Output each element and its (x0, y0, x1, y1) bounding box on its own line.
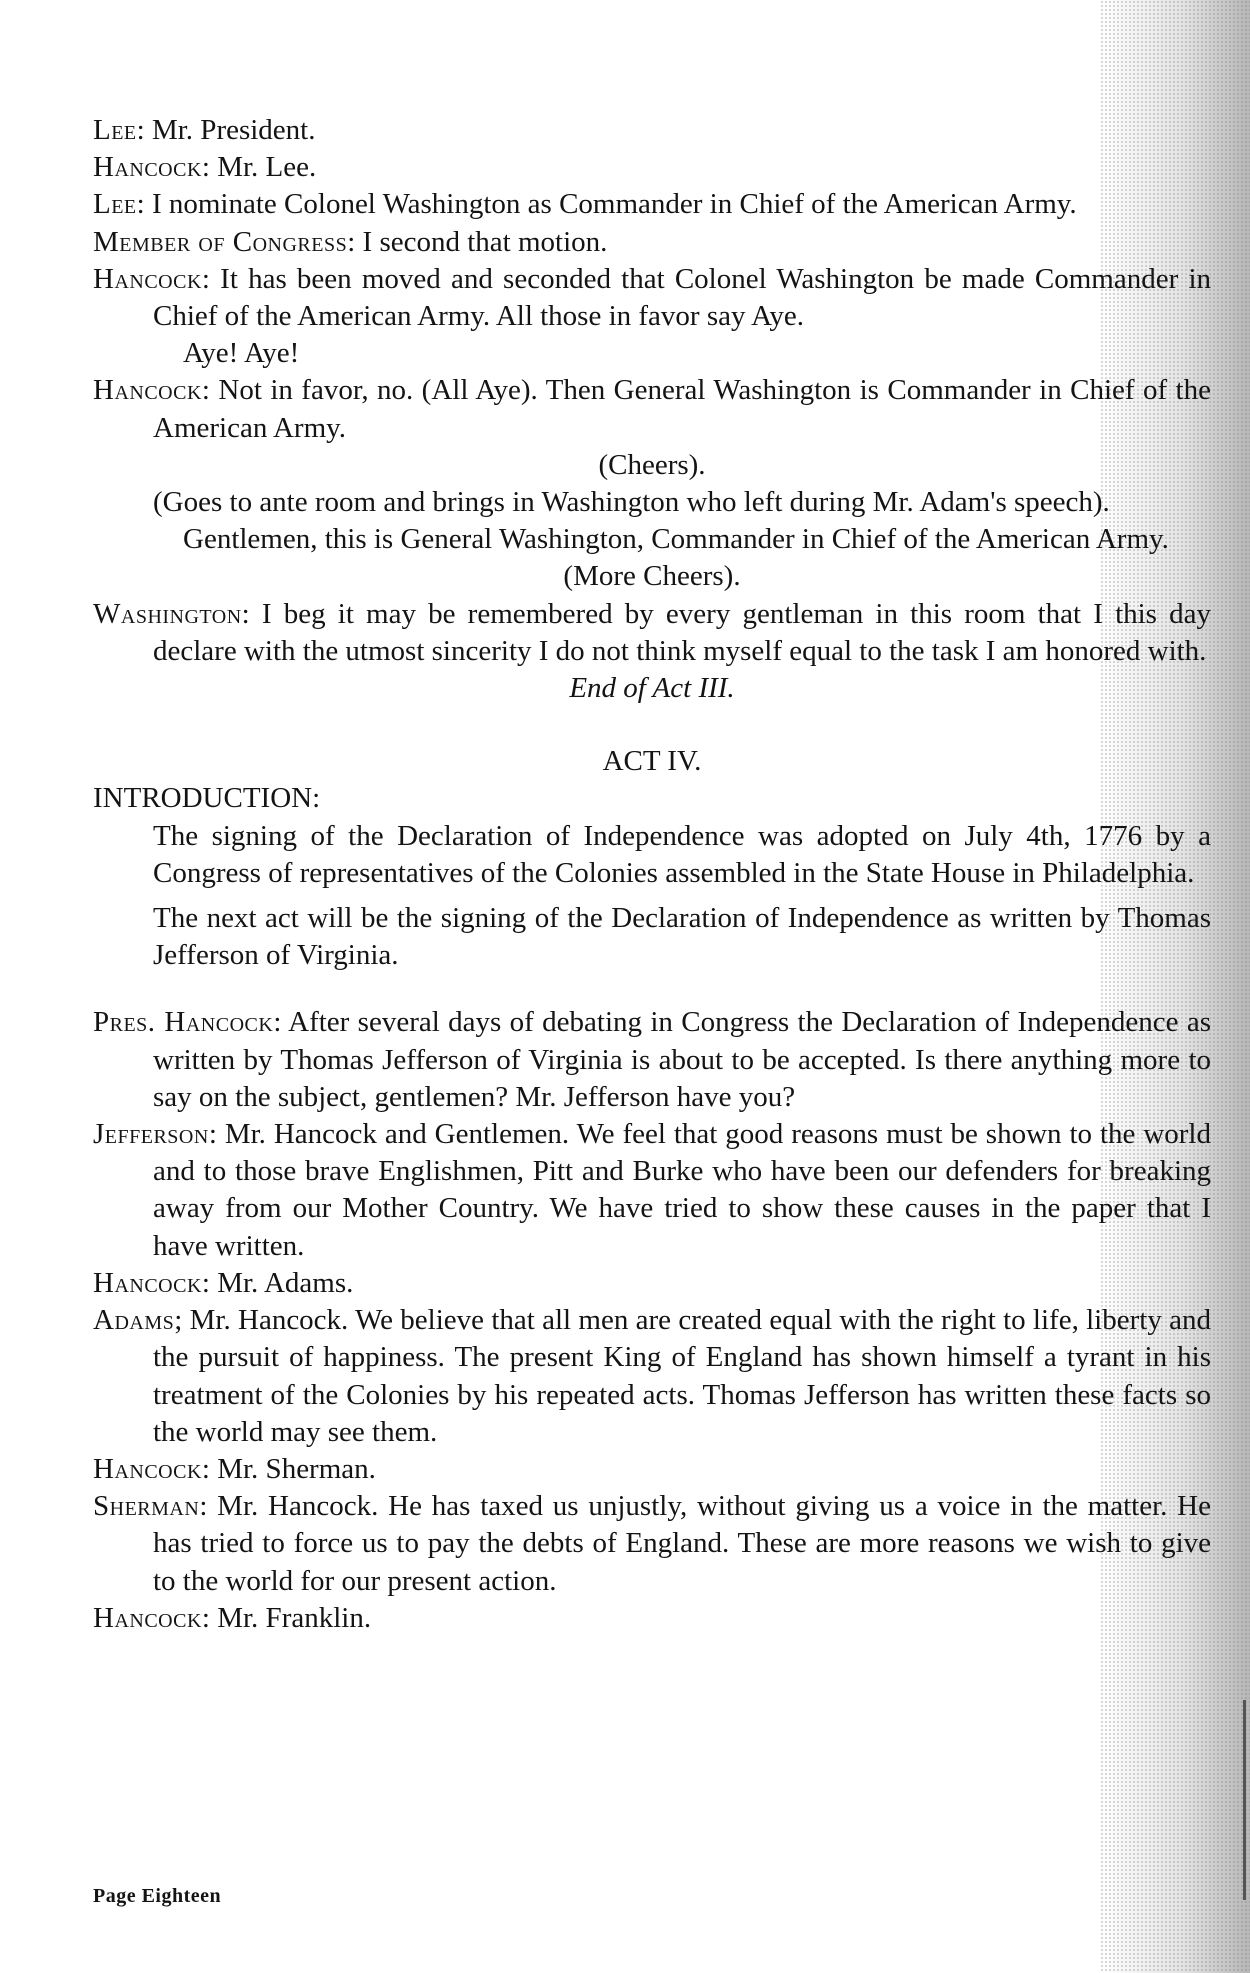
act-heading: ACT IV. (93, 743, 1211, 780)
dialogue-text: Not in favor, no. (All Aye). Then Genera… (153, 374, 1211, 443)
dialogue-text: Mr. President. (152, 114, 316, 146)
dialogue-line: Lee: Mr. President. (93, 112, 1211, 149)
dialogue-text: I second that motion. (363, 226, 608, 258)
speaker-name: Lee (93, 188, 137, 220)
dialogue-text: Mr. Lee. (217, 151, 316, 183)
dialogue-text: After several days of debating in Congre… (153, 1006, 1211, 1112)
dialogue-line: Hancock: Mr. Franklin. (93, 1600, 1211, 1637)
stage-cheers: (Cheers). (93, 447, 1211, 484)
intro-paragraph: The signing of the Declaration of Indepe… (93, 818, 1211, 892)
script-text: Lee: Mr. President. Hancock: Mr. Lee. Le… (93, 112, 1211, 1637)
dialogue-line: Pres. Hancock: After several days of deb… (93, 1004, 1211, 1116)
dialogue-text: Mr. Adams. (217, 1267, 353, 1299)
stage-more-cheers: (More Cheers). (93, 558, 1211, 595)
dialogue-text: I beg it may be remembered by every gent… (153, 598, 1211, 667)
speaker-name: Lee (93, 114, 137, 146)
speaker-name: Member of Congress (93, 226, 347, 258)
dialogue-line: Member of Congress: I second that motion… (93, 224, 1211, 261)
scanned-page: Lee: Mr. President. Hancock: Mr. Lee. Le… (0, 0, 1250, 1973)
speaker-name: Sherman (93, 1490, 199, 1522)
dialogue-text: Mr. Hancock. We believe that all men are… (153, 1304, 1211, 1448)
speaker-name: Hancock (93, 1267, 202, 1299)
dialogue-line: Sherman: Mr. Hancock. He has taxed us un… (93, 1488, 1211, 1600)
dialogue-line: Lee: I nominate Colonel Washington as Co… (93, 186, 1211, 223)
dialogue-text: Mr. Franklin. (217, 1602, 371, 1634)
dialogue-line: Washington: I beg it may be remembered b… (93, 596, 1211, 670)
announcement: Gentlemen, this is General Washington, C… (93, 521, 1211, 558)
speaker-name: Hancock (93, 1602, 202, 1634)
speaker-name: Hancock (93, 1453, 202, 1485)
dialogue-text: Mr. Hancock and Gentlemen. We feel that … (153, 1118, 1211, 1262)
speaker-name: Washington (93, 598, 242, 630)
dialogue-text: I nominate Colonel Washington as Command… (152, 188, 1077, 220)
speaker-name: Hancock (93, 374, 202, 406)
dialogue-line: Hancock: It has been moved and seconded … (93, 261, 1211, 335)
dialogue-line: Hancock: Mr. Adams. (93, 1265, 1211, 1302)
dialogue-line: Hancock: Mr. Sherman. (93, 1451, 1211, 1488)
speaker-name: Adams (93, 1304, 174, 1336)
intro-paragraph: The next act will be the signing of the … (93, 900, 1211, 974)
dialogue-text: Mr. Hancock. He has taxed us unjustly, w… (153, 1490, 1211, 1596)
stage-direction: (Goes to ante room and brings in Washing… (93, 484, 1211, 521)
dialogue-text: It has been moved and seconded that Colo… (153, 263, 1211, 332)
end-of-act: End of Act III. (93, 670, 1211, 707)
page-footer: Page Eighteen (93, 1885, 221, 1908)
dialogue-line: Jefferson: Mr. Hancock and Gentlemen. We… (93, 1116, 1211, 1265)
speaker-name: Pres. Hancock (93, 1006, 273, 1038)
dialogue-line: Adams; Mr. Hancock. We believe that all … (93, 1302, 1211, 1451)
speaker-name: Hancock (93, 151, 202, 183)
speaker-name: Hancock (93, 263, 202, 295)
dialogue-line: Hancock: Mr. Lee. (93, 149, 1211, 186)
chorus-line: Aye! Aye! (93, 335, 1211, 372)
introduction-label: INTRODUCTION: (93, 780, 1211, 817)
scan-edge-line (1243, 1700, 1246, 1900)
dialogue-line: Hancock: Not in favor, no. (All Aye). Th… (93, 372, 1211, 446)
dialogue-text: Mr. Sherman. (217, 1453, 376, 1485)
speaker-name: Jefferson (93, 1118, 209, 1150)
